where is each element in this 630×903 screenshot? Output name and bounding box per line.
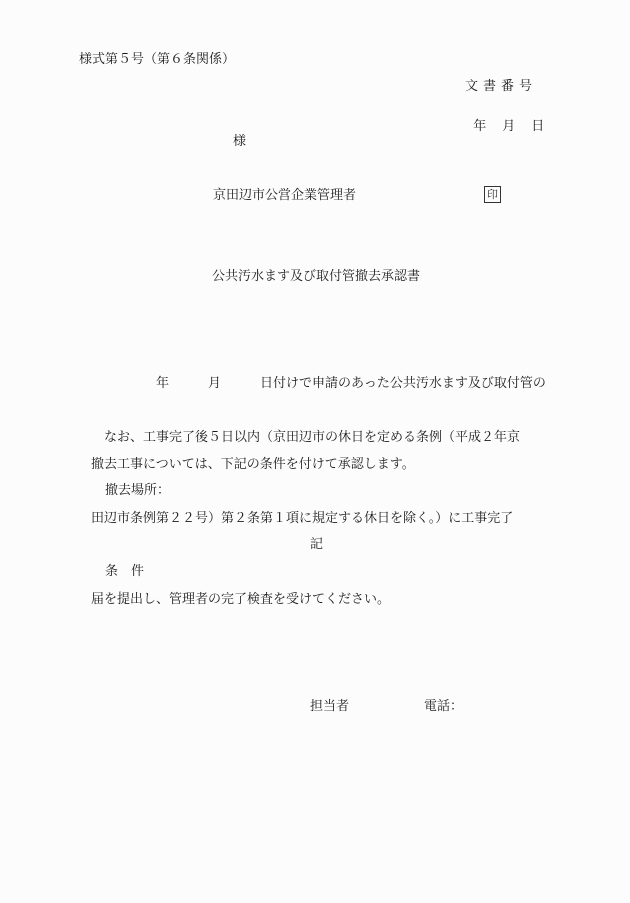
conditions-label: 条 件: [105, 565, 144, 578]
person-in-charge-label: 担当者: [310, 700, 349, 713]
paragraph-line: 田辺市条例第２２号）第２条第１項に規定する休日を除く。）に工事完了: [91, 505, 551, 532]
date-year: 年: [473, 120, 486, 133]
addressee-suffix: 様: [233, 135, 246, 148]
document-number-label: 文書番号: [465, 80, 537, 93]
ki-heading: 記: [310, 538, 323, 551]
notice-paragraph: なお、工事完了後５日以内（京田辺市の休日を定める条例（平成２年京 田辺市条例第２…: [91, 370, 551, 640]
date-month: 月: [502, 120, 515, 133]
phone-label: 電話：: [424, 700, 463, 713]
removal-location-label: 撤去場所：: [105, 484, 170, 497]
form-number: 様式第５号（第６条関係）: [79, 53, 235, 66]
paragraph-line: 届を提出し、管理者の完了検査を受けてください。: [91, 586, 551, 613]
seal-icon: 印: [484, 186, 501, 203]
document-title: 公共汚水ます及び取付管撤去承認書: [212, 270, 420, 283]
paragraph-line: なお、工事完了後５日以内（京田辺市の休日を定める条例（平成２年京: [91, 424, 551, 451]
issue-date: 年月日: [465, 107, 544, 133]
issuer-name: 京田辺市公営企業管理者: [213, 189, 356, 202]
date-day: 日: [531, 120, 544, 133]
